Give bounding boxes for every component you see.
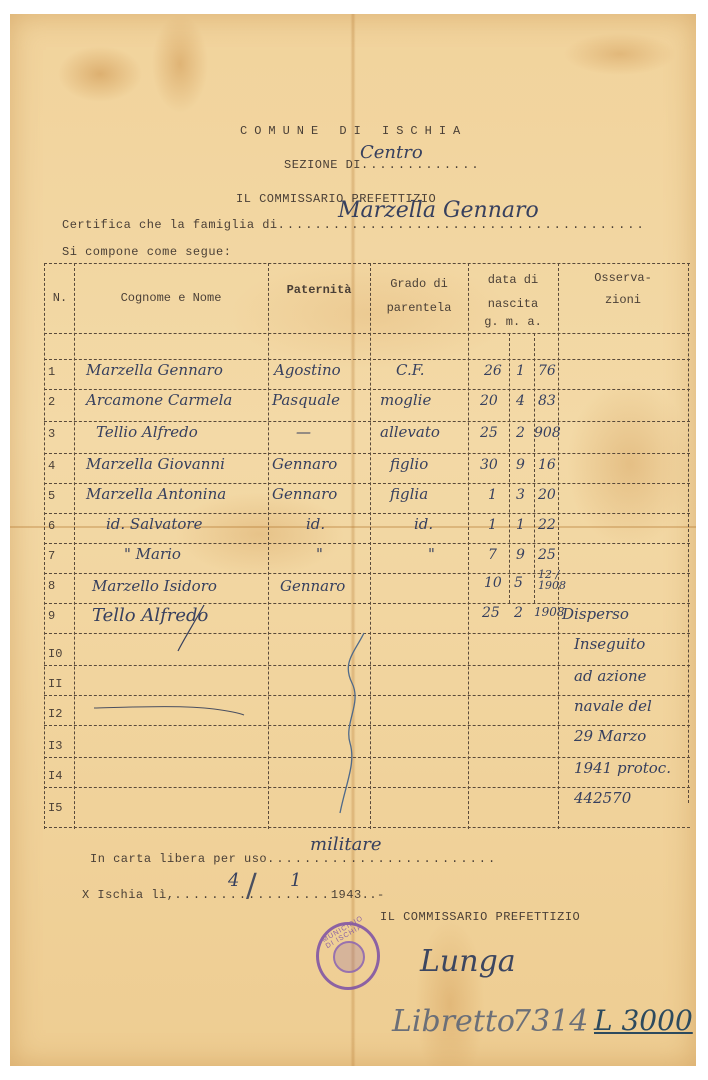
- note-line: Disperso: [562, 605, 629, 623]
- header-birth-1: data di: [468, 269, 558, 292]
- note-line: navale del: [574, 697, 652, 715]
- cell-relation: ": [428, 545, 435, 563]
- row-number: I2: [48, 707, 68, 721]
- cell-month: 2: [514, 605, 523, 621]
- cell-month: 4: [516, 393, 525, 409]
- note-line: 1941 protoc.: [574, 759, 671, 777]
- cell-year: 25: [538, 547, 556, 563]
- cell-paternity: Gennaro: [280, 577, 345, 595]
- cell-year: 76: [538, 363, 556, 379]
- cell-paternity: Gennaro: [272, 455, 337, 473]
- date-slash: /: [246, 866, 257, 904]
- cell-name: Marzella Antonina: [86, 485, 226, 503]
- cell-day: 26: [484, 363, 502, 379]
- table-border-top: [44, 263, 690, 264]
- annotation-libretto: Libretto: [392, 1004, 515, 1039]
- cell-name: Arcamone Carmela: [86, 391, 232, 409]
- cell-name: Marzella Giovanni: [86, 455, 225, 473]
- col-divider: [268, 263, 269, 829]
- cell-year: 83: [538, 393, 556, 409]
- section-value: Centro: [360, 142, 423, 163]
- row-divider: [44, 603, 690, 604]
- cell-day: 1: [488, 487, 497, 503]
- cell-relation: moglie: [380, 391, 431, 409]
- family-name: Marzella Gennaro: [338, 198, 539, 223]
- family-table: N. Cognome e Nome Paternità Grado di par…: [44, 263, 690, 829]
- row-number: II: [48, 677, 68, 691]
- date-month: 1: [290, 870, 301, 891]
- cell-paternity: —: [296, 423, 311, 441]
- cell-paternity: Pasquale: [272, 391, 340, 409]
- cell-relation: figlia: [390, 485, 428, 503]
- cell-month: 9: [516, 457, 525, 473]
- row-divider: [44, 359, 690, 360]
- row-number: 2: [48, 395, 68, 409]
- signature-title: IL COMMISSARIO PREFETTIZIO: [380, 910, 580, 924]
- pen-brace-stroke: [324, 623, 384, 823]
- cell-name: Marzello Isidoro: [92, 577, 217, 595]
- cell-relation: C.F.: [396, 361, 425, 379]
- header-birth-sub: g. m. a.: [468, 311, 558, 334]
- col-divider: [468, 263, 469, 829]
- table-border-left: [44, 263, 45, 829]
- header-divider: [44, 333, 690, 334]
- header-relation-2: parentela: [370, 297, 468, 320]
- cell-paternity: Agostino: [274, 361, 341, 379]
- cell-month: 3: [516, 487, 525, 503]
- row-divider: [44, 421, 690, 422]
- cell-name: Marzella Gennaro: [86, 361, 223, 379]
- cell-name: id. Salvatore: [106, 515, 202, 533]
- cell-month: 1: [516, 363, 525, 379]
- cell-year: 20: [538, 487, 556, 503]
- annotation-number: 7314: [512, 1004, 588, 1039]
- row-number: 6: [48, 519, 68, 533]
- cell-day: 1: [488, 517, 497, 533]
- row-divider: [44, 543, 690, 544]
- row-number: 8: [48, 579, 68, 593]
- col-divider: [74, 263, 75, 829]
- row-number: I5: [48, 801, 68, 815]
- use-label: In carta libera per uso.................…: [90, 852, 497, 866]
- cell-relation: figlio: [390, 455, 428, 473]
- col-divider: [558, 263, 559, 829]
- row-number: 1: [48, 365, 68, 379]
- header-n: N.: [46, 287, 74, 310]
- cell-paternity: ": [316, 545, 323, 563]
- cell-name: " Mario: [124, 545, 181, 563]
- header-paternity: Paternità: [268, 279, 370, 302]
- cell-day: 25: [482, 605, 500, 621]
- date-day: 4: [228, 870, 239, 891]
- cell-year: 908: [534, 425, 561, 441]
- row-divider: [44, 573, 690, 574]
- note-line: 442570: [574, 789, 631, 807]
- cell-month: 5: [514, 575, 523, 591]
- row-number: 5: [48, 489, 68, 503]
- header-name: Cognome e Nome: [74, 287, 268, 310]
- note-line: ad azione: [574, 667, 647, 685]
- cell-name: Tellio Alfredo: [96, 423, 198, 441]
- cell-relation: allevato: [380, 423, 440, 441]
- municipality-title: COMUNE DI ISCHIA: [240, 124, 467, 138]
- cell-day: 7: [488, 547, 497, 563]
- row-number: I4: [48, 769, 68, 783]
- header-notes-1: Osserva-: [558, 267, 688, 290]
- header-relation-1: Grado di: [370, 273, 468, 296]
- table-border-bottom: [44, 827, 690, 828]
- header-notes-2: zioni: [558, 289, 688, 312]
- cell-year: 16: [538, 457, 556, 473]
- cell-day: 10: [484, 575, 502, 591]
- cell-year: 1908: [534, 605, 565, 619]
- pen-descender-stroke: [164, 603, 224, 653]
- row-number: 3: [48, 427, 68, 441]
- note-line: Inseguito: [574, 635, 645, 653]
- row-number: I3: [48, 739, 68, 753]
- stamp-crest-icon: [333, 941, 365, 973]
- cell-relation: id.: [414, 515, 433, 533]
- row-divider: [44, 513, 690, 514]
- cell-day: 20: [480, 393, 498, 409]
- cell-day: 30: [480, 457, 498, 473]
- cell-year: 12 / 1908: [538, 569, 562, 591]
- col-divider-day: [509, 333, 510, 603]
- row-number: 4: [48, 459, 68, 473]
- row-number: 9: [48, 609, 68, 623]
- cell-day: 25: [480, 425, 498, 441]
- municipal-stamp: MUNICIPIO DI ISCHIA: [316, 922, 380, 990]
- cell-month: 9: [516, 547, 525, 563]
- row-number: I0: [48, 647, 68, 661]
- cell-month: 2: [516, 425, 525, 441]
- pen-line-stroke: [94, 703, 254, 723]
- signature: Lunga: [420, 944, 516, 979]
- cell-month: 1: [516, 517, 525, 533]
- col-divider-month: [534, 333, 535, 603]
- use-value: militare: [310, 834, 382, 855]
- cell-paternity: Gennaro: [272, 485, 337, 503]
- cell-year: 22: [538, 517, 556, 533]
- row-number: 7: [48, 549, 68, 563]
- table-border-right: [688, 263, 689, 803]
- note-line: 29 Marzo: [574, 727, 646, 745]
- composed-label: Si compone come segue:: [62, 245, 231, 259]
- row-divider: [44, 453, 690, 454]
- annotation-amount: L 3000: [594, 1004, 693, 1037]
- cell-paternity: id.: [306, 515, 325, 533]
- row-divider: [44, 483, 690, 484]
- row-divider: [44, 389, 690, 390]
